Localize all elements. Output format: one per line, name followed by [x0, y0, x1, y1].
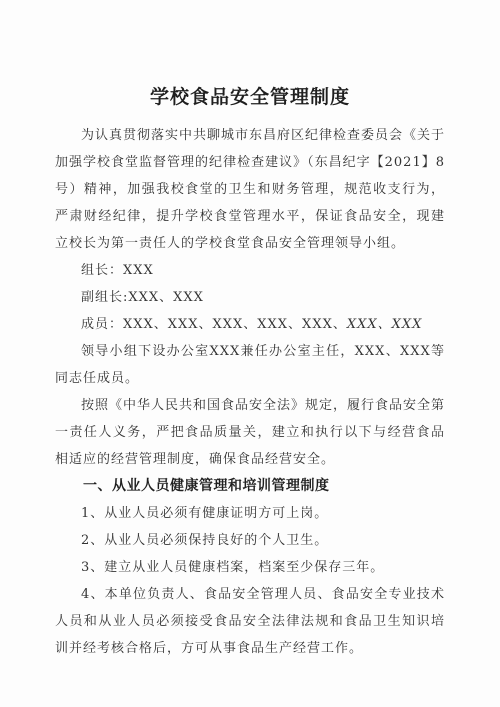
members-italic-text: XXX、XXX [347, 317, 423, 332]
section1-item-2: 2、从业人员必须保持良好的个人卫生。 [55, 527, 445, 554]
section1-item-3: 3、建立从业人员健康档案，档案至少保存三年。 [55, 554, 445, 581]
paragraph-law: 按照《中华人民共和国食品安全法》规定，履行食品安全第一责任人义务，严把食品质量关… [55, 392, 445, 473]
line-deputy-leaders: 副组长:XXX、XXX [55, 284, 445, 311]
document-page: 学校食品安全管理制度 为认真贯彻落实中共聊城市东昌府区纪律检查委员会《关于加强学… [0, 0, 500, 707]
line-group-leader: 组长：XXX [55, 257, 445, 284]
section1-heading: 一、从业人员健康管理和培训管理制度 [55, 473, 445, 500]
members-normal-text: 成员：XXX、XXX、XXX、XXX、XXX、 [81, 317, 347, 332]
document-title: 学校食品安全管理制度 [55, 82, 445, 112]
paragraph-office: 领导小组下设办公室XXX兼任办公室主任，XXX、XXX等同志任成员。 [55, 338, 445, 392]
paragraph-intro: 为认真贯彻落实中共聊城市东昌府区纪律检查委员会《关于加强学校食堂监督管理的纪律检… [55, 122, 445, 257]
section1-item-1: 1、从业人员必须有健康证明方可上岗。 [55, 500, 445, 527]
line-members: 成员：XXX、XXX、XXX、XXX、XXX、XXX、XXX [55, 311, 445, 338]
section1-item-4: 4、本单位负责人、食品安全管理人员、食品安全专业技术人员和从业人员必须接受食品安… [55, 581, 445, 662]
